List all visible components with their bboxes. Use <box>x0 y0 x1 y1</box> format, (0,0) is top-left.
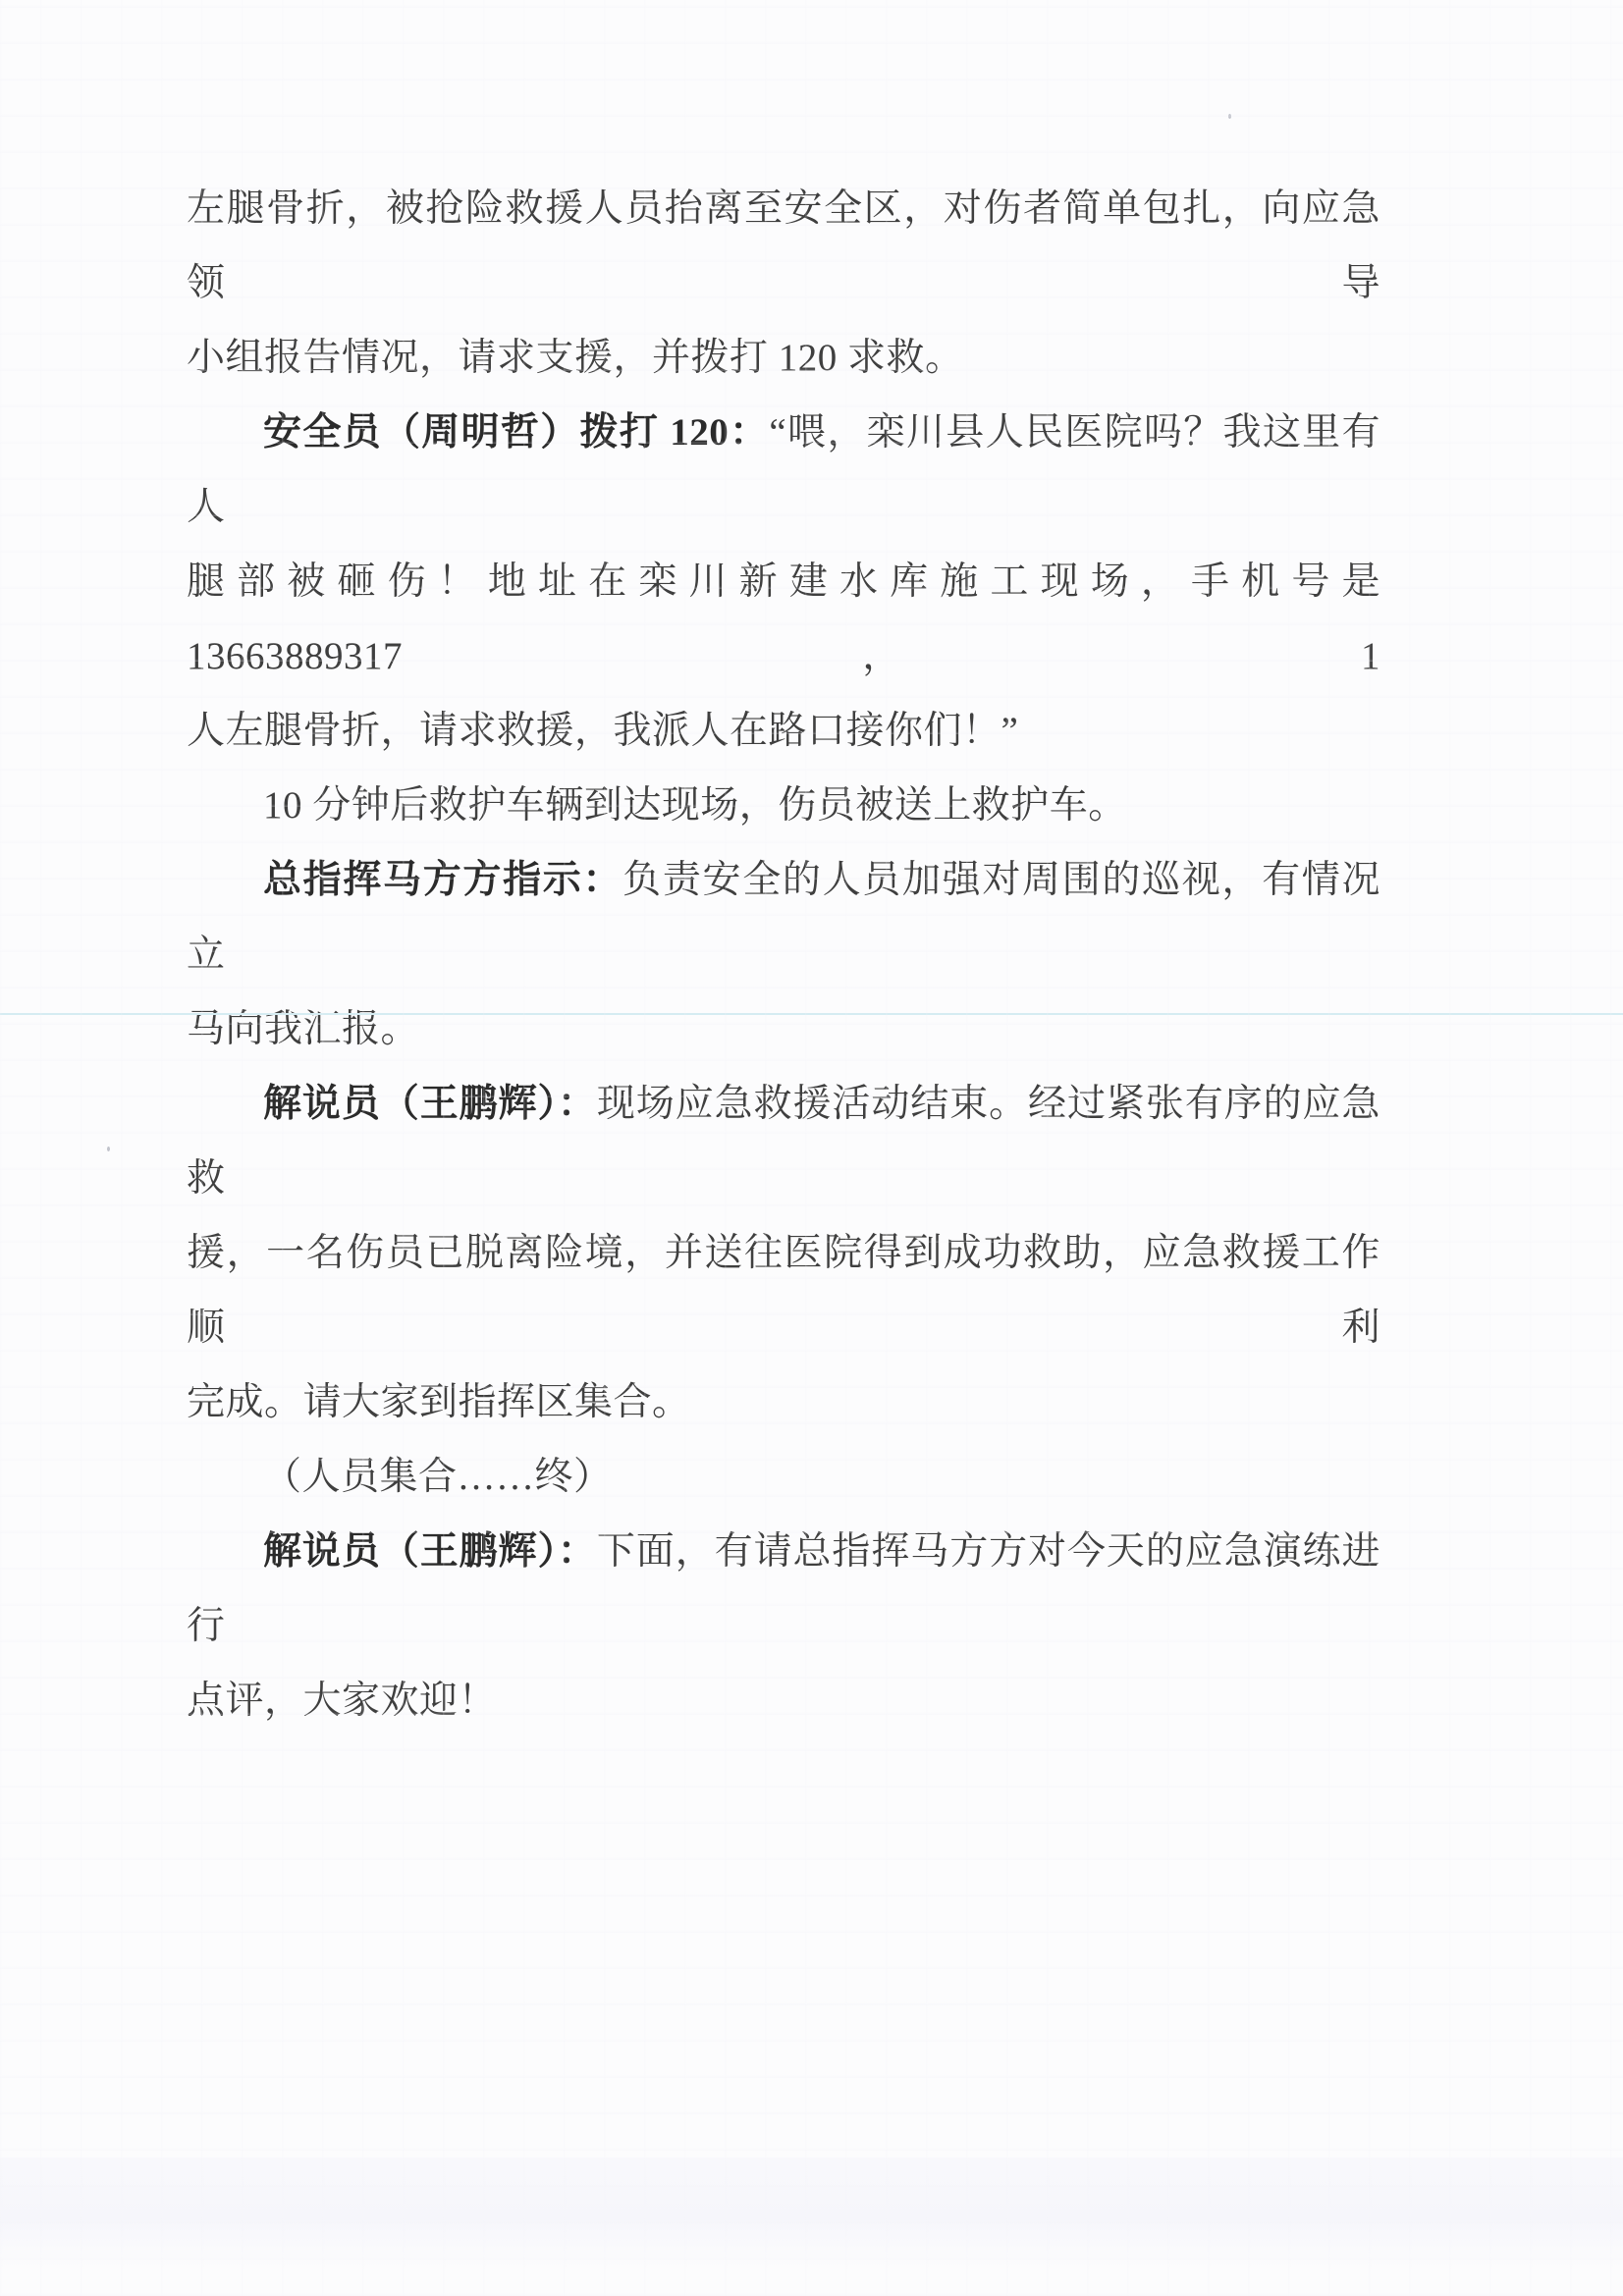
text-segment: （人员集合……终） <box>263 1456 613 1498</box>
text-line: 安全员（周明哲）拨打 120：“喂，栾川县人民医院吗？我这里有人 <box>187 396 1380 545</box>
text-line: 小组报告情况，请求支援，并拨打 120 求救。 <box>187 321 1380 396</box>
speaker-label: 总指挥马方方指示： <box>263 859 622 901</box>
text-line: 解说员（王鹏辉）：现场应急救援活动结束。经过紧张有序的应急救 <box>187 1067 1380 1216</box>
text-segment: 10 分钟后救护车辆到达现场，伤员被送上救护车。 <box>263 784 1127 827</box>
scan-speck <box>1228 114 1231 119</box>
text-segment: 腿部被砸伤！地址在栾川新建水库施工现场，手机号是 13663889317，1 <box>187 561 1380 677</box>
text-segment: 马向我汇报。 <box>187 1008 419 1050</box>
text-block: 左腿骨折，被抢险救援人员抬离至安全区，对伤者简单包扎，向应急领导小组报告情况，请… <box>187 172 1380 1738</box>
text-line: （人员集合……终） <box>187 1440 1380 1515</box>
scan-artifact-band <box>0 2158 1623 2269</box>
speaker-label: 安全员（周明哲）拨打 120： <box>263 411 769 454</box>
text-line: 总指挥马方方指示：负责安全的人员加强对周围的巡视，有情况立 <box>187 843 1380 992</box>
text-segment: 点评，大家欢迎！ <box>187 1680 497 1722</box>
text-line: 马向我汇报。 <box>187 992 1380 1067</box>
text-segment: 完成。请大家到指挥区集合。 <box>187 1381 691 1423</box>
text-segment: 人左腿骨折，请求救援，我派人在路口接你们！” <box>187 710 1018 752</box>
text-line: 人左腿骨折，请求救援，我派人在路口接你们！” <box>187 694 1380 769</box>
text-segment: 援，一名伤员已脱离险境，并送往医院得到成功救助，应急救援工作顺利 <box>187 1232 1380 1349</box>
text-line: 解说员（王鹏辉）：下面，有请总指挥马方方对今天的应急演练进行 <box>187 1515 1380 1664</box>
text-line: 援，一名伤员已脱离险境，并送往医院得到成功救助，应急救援工作顺利 <box>187 1216 1380 1365</box>
text-line: 点评，大家欢迎！ <box>187 1664 1380 1738</box>
document-page: 左腿骨折，被抢险救援人员抬离至安全区，对伤者简单包扎，向应急领导小组报告情况，请… <box>0 0 1623 2296</box>
speaker-label: 解说员（王鹏辉）： <box>263 1530 597 1573</box>
scan-speck <box>107 1147 110 1151</box>
text-line: 完成。请大家到指挥区集合。 <box>187 1365 1380 1440</box>
text-segment: 左腿骨折，被抢险救援人员抬离至安全区，对伤者简单包扎，向应急领导 <box>187 187 1380 304</box>
text-line: 10 分钟后救护车辆到达现场，伤员被送上救护车。 <box>187 769 1380 843</box>
speaker-label: 解说员（王鹏辉）： <box>263 1083 597 1125</box>
text-line: 腿部被砸伤！地址在栾川新建水库施工现场，手机号是 13663889317，1 <box>187 545 1380 694</box>
text-segment: 小组报告情况，请求支援，并拨打 120 求救。 <box>187 337 964 379</box>
text-line: 左腿骨折，被抢险救援人员抬离至安全区，对伤者简单包扎，向应急领导 <box>187 172 1380 321</box>
